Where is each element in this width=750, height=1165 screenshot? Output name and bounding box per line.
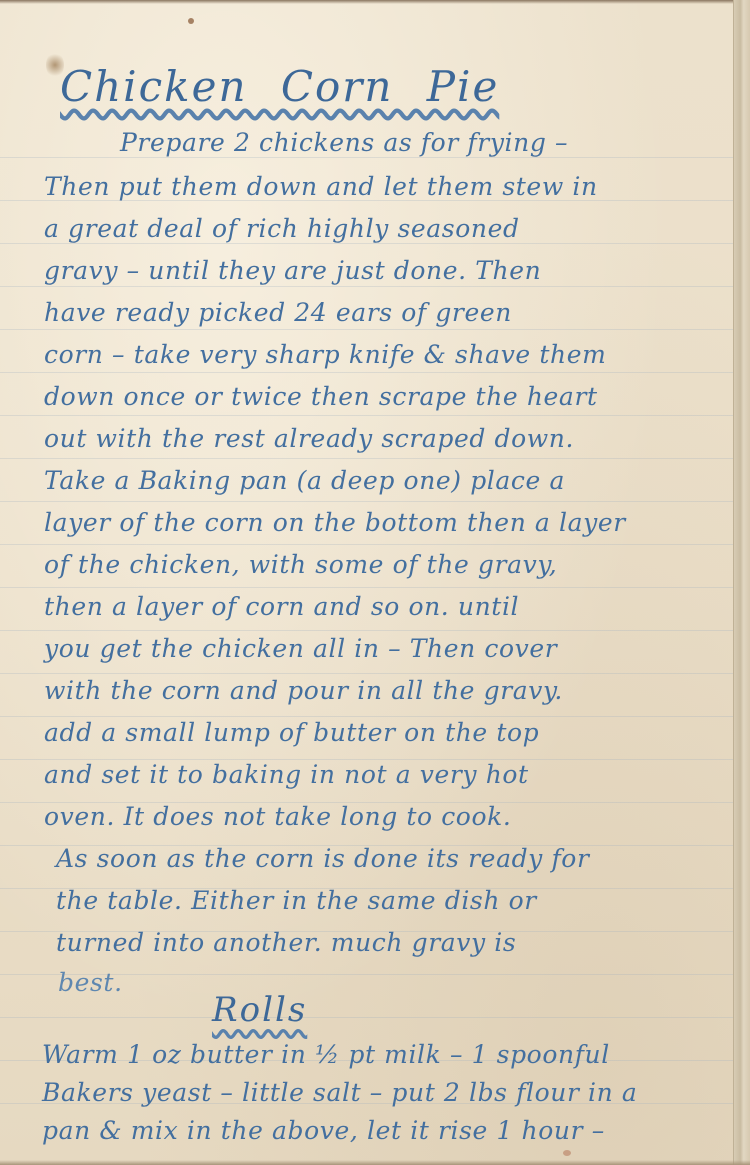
- recipe-line: oven. It does not take long to cook.: [44, 802, 511, 831]
- recipe-line: with the corn and pour in all the gravy.: [44, 676, 563, 705]
- recipe-line: Prepare 2 chickens as for frying –: [120, 128, 568, 157]
- recipe-line: add a small lump of butter on the top: [44, 718, 539, 747]
- recipe-line: corn – take very sharp knife & shave the…: [44, 340, 606, 369]
- recipe-title-rolls: Rolls: [212, 990, 307, 1030]
- recipe-line: gravy – until they are just done. Then: [44, 256, 541, 285]
- recipe-line: the table. Either in the same dish or: [56, 886, 537, 915]
- recipe-line: and set it to baking in not a very hot: [44, 760, 529, 789]
- recipe-line: pan & mix in the above, let it rise 1 ho…: [42, 1116, 605, 1145]
- recipe-line: you get the chicken all in – Then cover: [44, 634, 557, 663]
- handwritten-text: Chicken Corn Pie Prepare 2 chickens as f…: [0, 0, 740, 1165]
- recipe-title-chicken-corn-pie: Chicken Corn Pie: [60, 62, 499, 111]
- recipe-line: Warm 1 oz butter in ½ pt milk – 1 spoonf…: [42, 1040, 610, 1069]
- recipe-line: have ready picked 24 ears of green: [44, 298, 512, 327]
- recipe-line: Take a Baking pan (a deep one) place a: [44, 466, 565, 495]
- recipe-line: best.: [58, 968, 123, 997]
- recipe-line: Bakers yeast – little salt – put 2 lbs f…: [42, 1078, 637, 1107]
- recipe-line: down once or twice then scrape the heart: [44, 382, 598, 411]
- manuscript-page: Chicken Corn Pie Prepare 2 chickens as f…: [0, 0, 750, 1165]
- recipe-line: a great deal of rich highly seasoned: [44, 214, 520, 243]
- recipe-line: Then put them down and let them stew in: [44, 172, 598, 201]
- recipe-line: then a layer of corn and so on. until: [44, 592, 519, 621]
- recipe-line: out with the rest already scraped down.: [44, 424, 574, 453]
- recipe-line: turned into another. much gravy is: [56, 928, 516, 957]
- recipe-line: of the chicken, with some of the gravy,: [44, 550, 557, 579]
- recipe-line: layer of the corn on the bottom then a l…: [44, 508, 626, 537]
- recipe-line: As soon as the corn is done its ready fo…: [56, 844, 590, 873]
